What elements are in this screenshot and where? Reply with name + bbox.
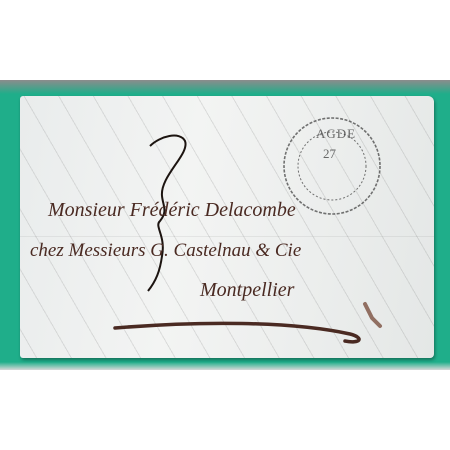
handwriting-layer: AGDE 27 Monsieur Frédéric Delacombe chez… [20, 96, 434, 358]
bottom-shadow-strip [0, 362, 450, 370]
underline-flourish [115, 323, 359, 341]
letter-paper: AGDE 27 Monsieur Frédéric Delacombe chez… [20, 96, 434, 358]
top-shadow-strip [0, 80, 450, 94]
address-line1: Monsieur Frédéric Delacombe [47, 199, 296, 221]
address-line3: Montpellier [199, 279, 295, 301]
postmark-day: 27 [323, 146, 337, 161]
postmark-town: AGDE [316, 126, 356, 141]
ink-tick [365, 304, 380, 326]
address-line2: chez Messieurs G. Castelnau & Cie [30, 240, 301, 261]
